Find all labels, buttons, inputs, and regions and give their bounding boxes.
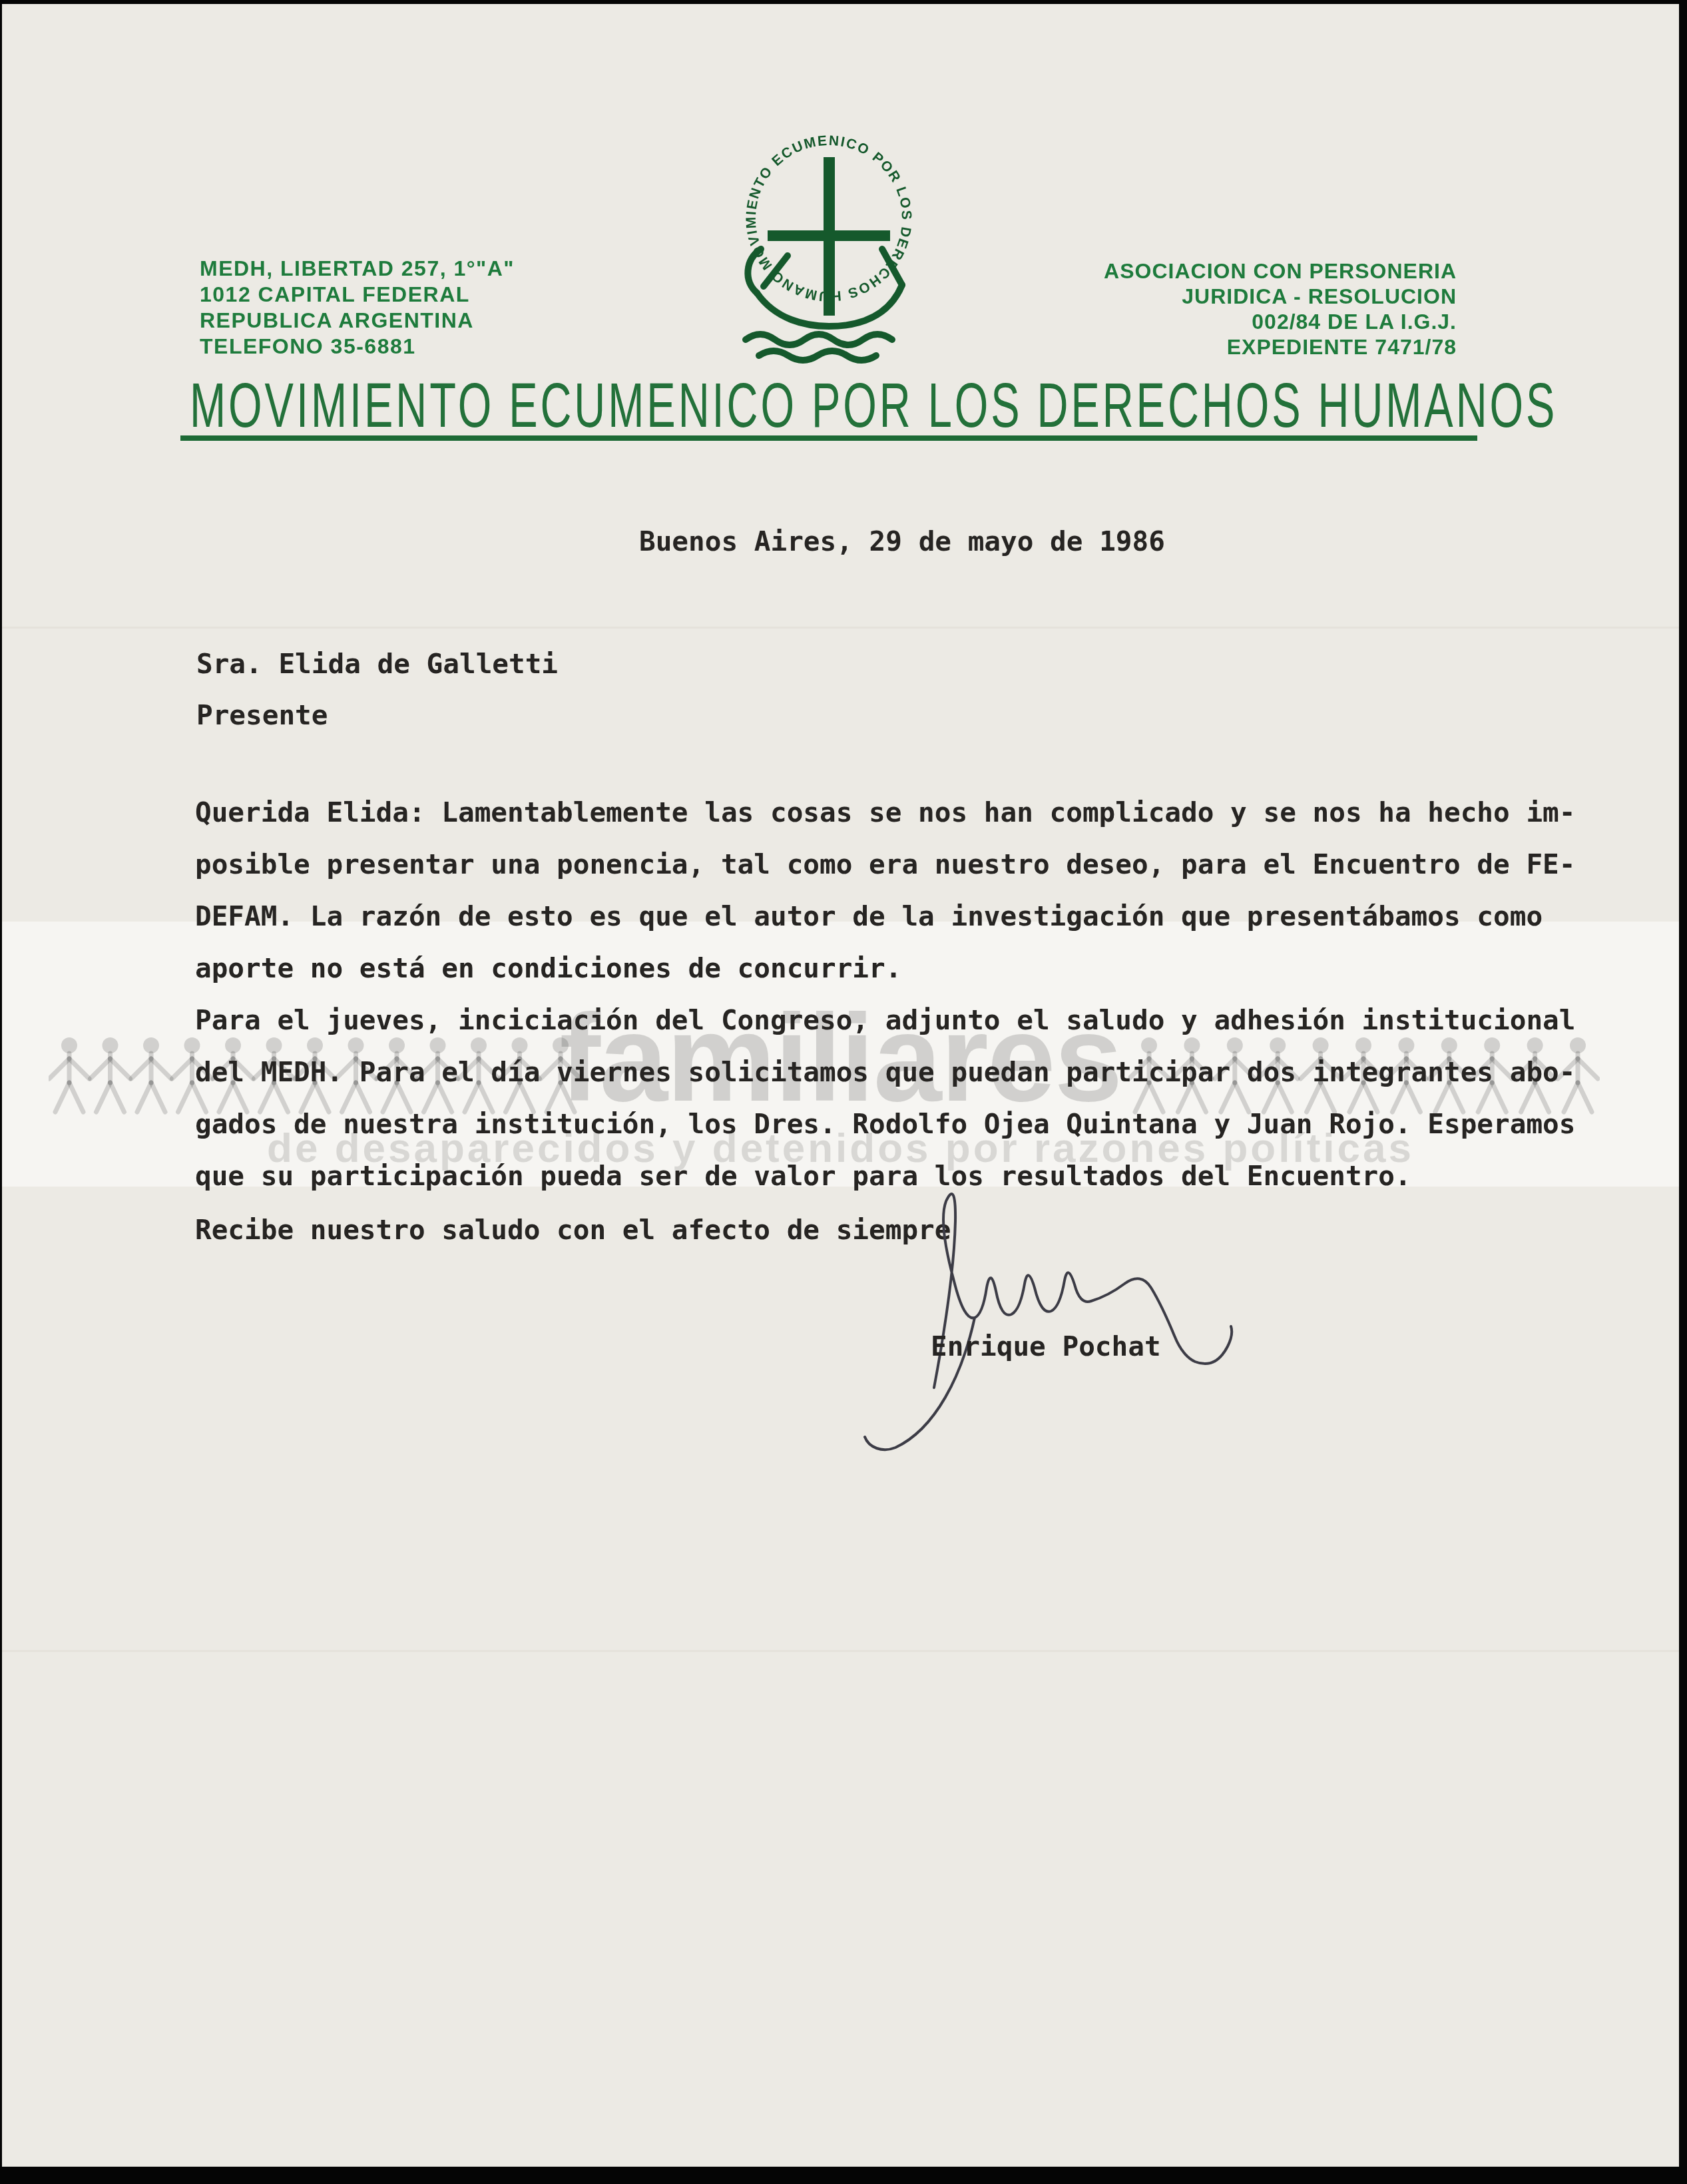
body-line: posible presentar una ponencia, tal como… [195,848,1575,880]
date-line: Buenos Aires, 29 de mayo de 1986 [639,525,1165,557]
recipient-presente: Presente [196,699,328,731]
letterhead-legal-line: ASOCIACION CON PERSONERIA [961,258,1457,284]
body-line: Querida Elida: Lamentablemente las cosas… [195,796,1575,828]
medh-logo-icon: MOVIMIENTO ECUMENICO POR LOS DERECHOS HU… [722,119,935,372]
letterhead-address-line: 1012 CAPITAL FEDERAL [200,282,515,308]
body-line: DEFAM. La razón de esto es que el autor … [195,900,1543,932]
body-line: gados de nuestra institución, los Dres. … [195,1108,1575,1140]
title-underline [180,435,1477,441]
body-line: Para el jueves, inciciación del Congreso… [195,1004,1575,1036]
paper-crease [2,1650,1679,1652]
scanned-letter: familiares de desaparecidos y detenidos … [0,0,1687,2184]
letterhead-address-block: MEDH, LIBERTAD 257, 1°"A" 1012 CAPITAL F… [200,256,515,360]
paper-crease [2,627,1679,629]
closing-line: Recibe nuestro saludo con el afecto de s… [195,1214,951,1246]
signature-image [854,1161,1340,1454]
letterhead-legal-line: EXPEDIENTE 7471/78 [961,334,1457,360]
letter-page: familiares de desaparecidos y detenidos … [2,4,1679,2167]
letterhead-legal-line: JURIDICA - RESOLUCION [961,284,1457,309]
organization-title: MOVIMIENTO ECUMENICO POR LOS DERECHOS HU… [190,369,1557,441]
letterhead-address-line: MEDH, LIBERTAD 257, 1°"A" [200,256,515,282]
body-line: aporte no está en condiciones de concurr… [195,952,901,984]
letterhead-legal-line: 002/84 DE LA I.G.J. [961,309,1457,334]
letterhead-address-line: TELEFONO 35-6881 [200,334,515,360]
recipient-name: Sra. Elida de Galletti [196,648,558,680]
body-line: del MEDH. Para el día viernes solicitamo… [195,1056,1575,1088]
signer-name: Enrique Pochat [931,1330,1161,1362]
letterhead-legal-block: ASOCIACION CON PERSONERIA JURIDICA - RES… [961,258,1457,360]
letterhead-address-line: REPUBLICA ARGENTINA [200,308,515,334]
